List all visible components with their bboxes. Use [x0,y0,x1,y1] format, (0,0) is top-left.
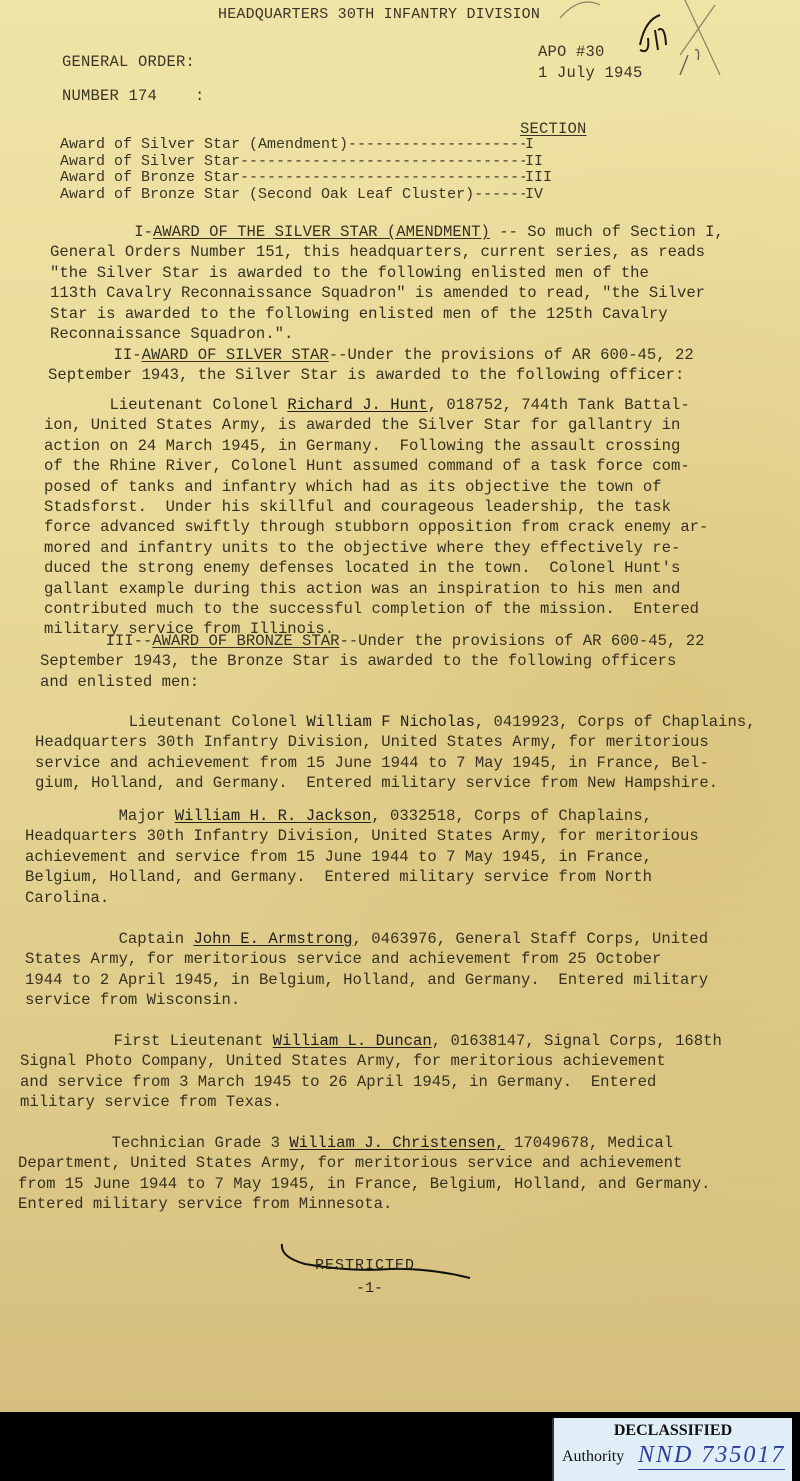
recipient-name: William J. Christensen, [289,1134,504,1152]
citation-hunt: Lieutenant Colonel Richard J. Hunt, 0187… [44,395,708,640]
recipient-name: William L. Duncan [273,1032,432,1050]
apo-number: APO #30 [538,43,605,61]
section-3-intro: III--AWARD OF BRONZE STAR--Under the pro… [40,631,704,692]
order-number: NUMBER 174 : [62,86,205,107]
order-date: 1 July 1945 [538,64,643,82]
citation-armstrong: Captain John E. Armstrong, 0463976, Gene… [25,929,708,1011]
toc-row: Award of Bronze Star (Second Oak Leaf Cl… [60,187,565,204]
toc-section: III [525,170,565,187]
toc-label: Award of Silver Star--------------------… [60,154,525,171]
authority-value: NND 735017 [638,1442,785,1470]
recipient-name: William H. R. Jackson [175,807,372,825]
toc-row: Award of Silver Star (Amendment)--------… [60,137,565,154]
citation-christensen: Technician Grade 3 William J. Christense… [18,1133,710,1215]
citation-duncan: First Lieutenant William L. Duncan, 0163… [20,1031,722,1113]
toc-label: Award of Bronze Star--------------------… [60,170,525,187]
declassified-stamp: DECLASSIFIED Authority NND 735017 [552,1418,792,1481]
recipient-name: John E. Armstrong [193,930,352,948]
general-order-label: GENERAL ORDER: [62,52,195,73]
recipient-name: Richard J. Hunt [287,396,427,414]
stamp-title: DECLASSIFIED [554,1422,792,1440]
section-1-heading: AWARD OF THE SILVER STAR (AMENDMENT) [153,223,490,241]
section-3-heading: AWARD OF BRONZE STAR [152,632,339,650]
section-2-heading: AWARD OF SILVER STAR [142,346,329,364]
apo-date-block: APO #301 July 1945 [538,42,643,83]
toc-section: II [525,154,565,171]
toc-section: I [525,137,565,154]
toc-row: Award of Silver Star--------------------… [60,154,565,171]
toc-label: Award of Bronze Star (Second Oak Leaf Cl… [60,187,525,204]
section-2-intro: II-AWARD OF SILVER STAR--Under the provi… [48,345,694,386]
authority-label: Authority [562,1448,624,1466]
toc-section: IV [525,187,565,204]
classification-marking: RESTRICTED [315,1257,415,1274]
section-1-paragraph: I-AWARD OF THE SILVER STAR (AMENDMENT) -… [50,222,724,344]
document-header-title: HEADQUARTERS 30TH INFANTRY DIVISION [218,5,540,26]
toc-label: Award of Silver Star (Amendment)--------… [60,137,525,154]
document-page: HEADQUARTERS 30TH INFANTRY DIVISION APO … [0,0,800,1412]
citation-nicholas: Lieutenant Colonel William F Nicholas, 0… [35,712,756,794]
table-of-contents: Award of Silver Star (Amendment)--------… [60,137,565,203]
page-number: -1- [356,1280,383,1297]
recipient-name: William F Nicholas [306,713,474,731]
citation-jackson: Major William H. R. Jackson, 0332518, Co… [25,806,699,908]
toc-row: Award of Bronze Star--------------------… [60,170,565,187]
